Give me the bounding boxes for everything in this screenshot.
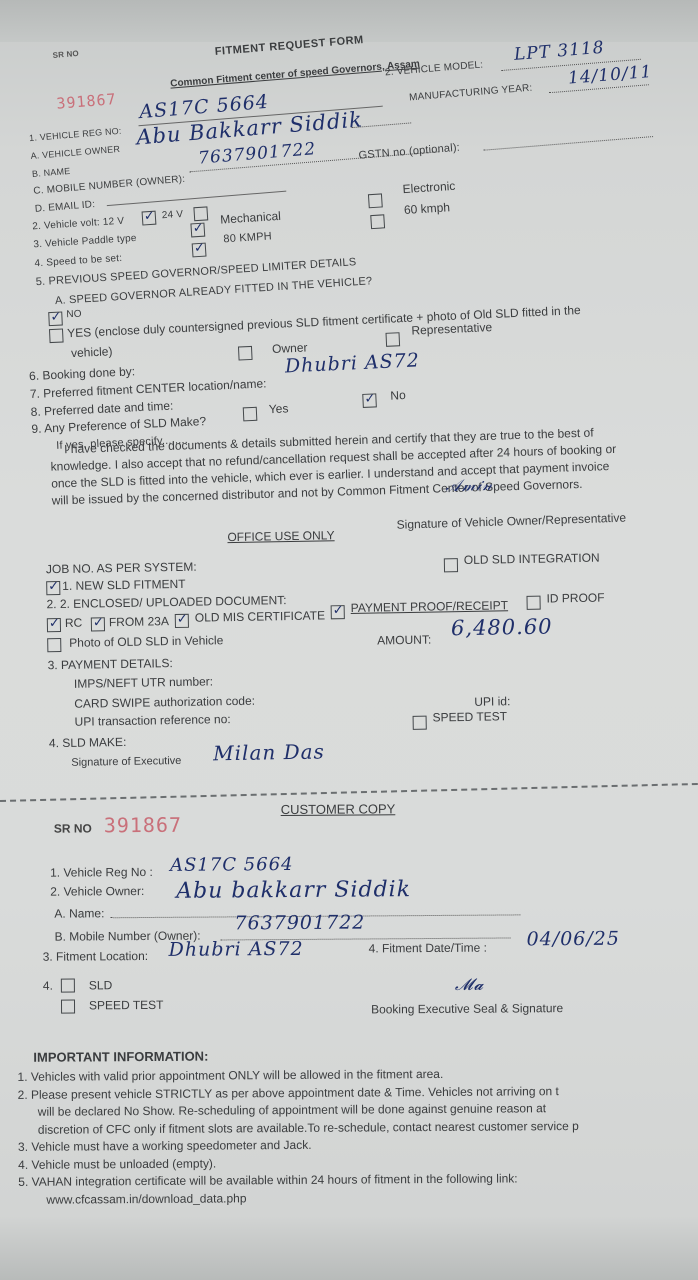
customer-owner-label: 2. Vehicle Owner: xyxy=(50,884,144,899)
customer-sld-label: SLD xyxy=(89,978,112,992)
important-list: 1. Vehicles with valid prior appointment… xyxy=(17,1065,698,1210)
booking-executive-signature: 𝓜𝓪 xyxy=(455,975,484,995)
customer-sld-checkbox[interactable] xyxy=(61,978,75,992)
customer-date-label: 4. Fitment Date/Time : xyxy=(369,941,487,956)
seal-signature-label: Booking Executive Seal & Signature xyxy=(371,1001,563,1016)
customer-copy-heading: CUSTOMER COPY xyxy=(281,801,396,817)
customer-name-label: A. Name: xyxy=(54,906,104,920)
customer-name-value[interactable]: Abu bakkarr Siddik xyxy=(176,877,411,904)
important-heading: IMPORTANT INFORMATION: xyxy=(33,1049,208,1065)
customer-sr-number: 391867 xyxy=(104,813,182,838)
customer-mobile-value[interactable]: 7637901722 xyxy=(234,911,365,934)
vahan-download-link[interactable]: www.cfcassam.in/download_data.php xyxy=(18,1188,698,1210)
customer-reg-label: 1. Vehicle Reg No : xyxy=(50,865,153,880)
customer-speed-test-option[interactable] xyxy=(61,997,78,1015)
customer-copy-section: CUSTOMER COPY SR NO 391867 1. Vehicle Re… xyxy=(0,0,698,1280)
customer-sld-option[interactable] xyxy=(61,976,78,994)
customer-date-value[interactable]: 04/06/25 xyxy=(526,928,619,951)
customer-speed-test-checkbox[interactable] xyxy=(61,999,75,1013)
customer-speed-test-label: SPEED TEST xyxy=(89,998,164,1013)
customer-location-value[interactable]: Dhubri AS72 xyxy=(169,938,304,961)
customer-location-label: 3. Fitment Location: xyxy=(43,949,148,964)
customer-reg-value[interactable]: AS17C 5664 xyxy=(170,854,294,876)
customer-item4-label: 4. xyxy=(43,979,53,993)
customer-sr-label: SR NO xyxy=(54,821,92,835)
